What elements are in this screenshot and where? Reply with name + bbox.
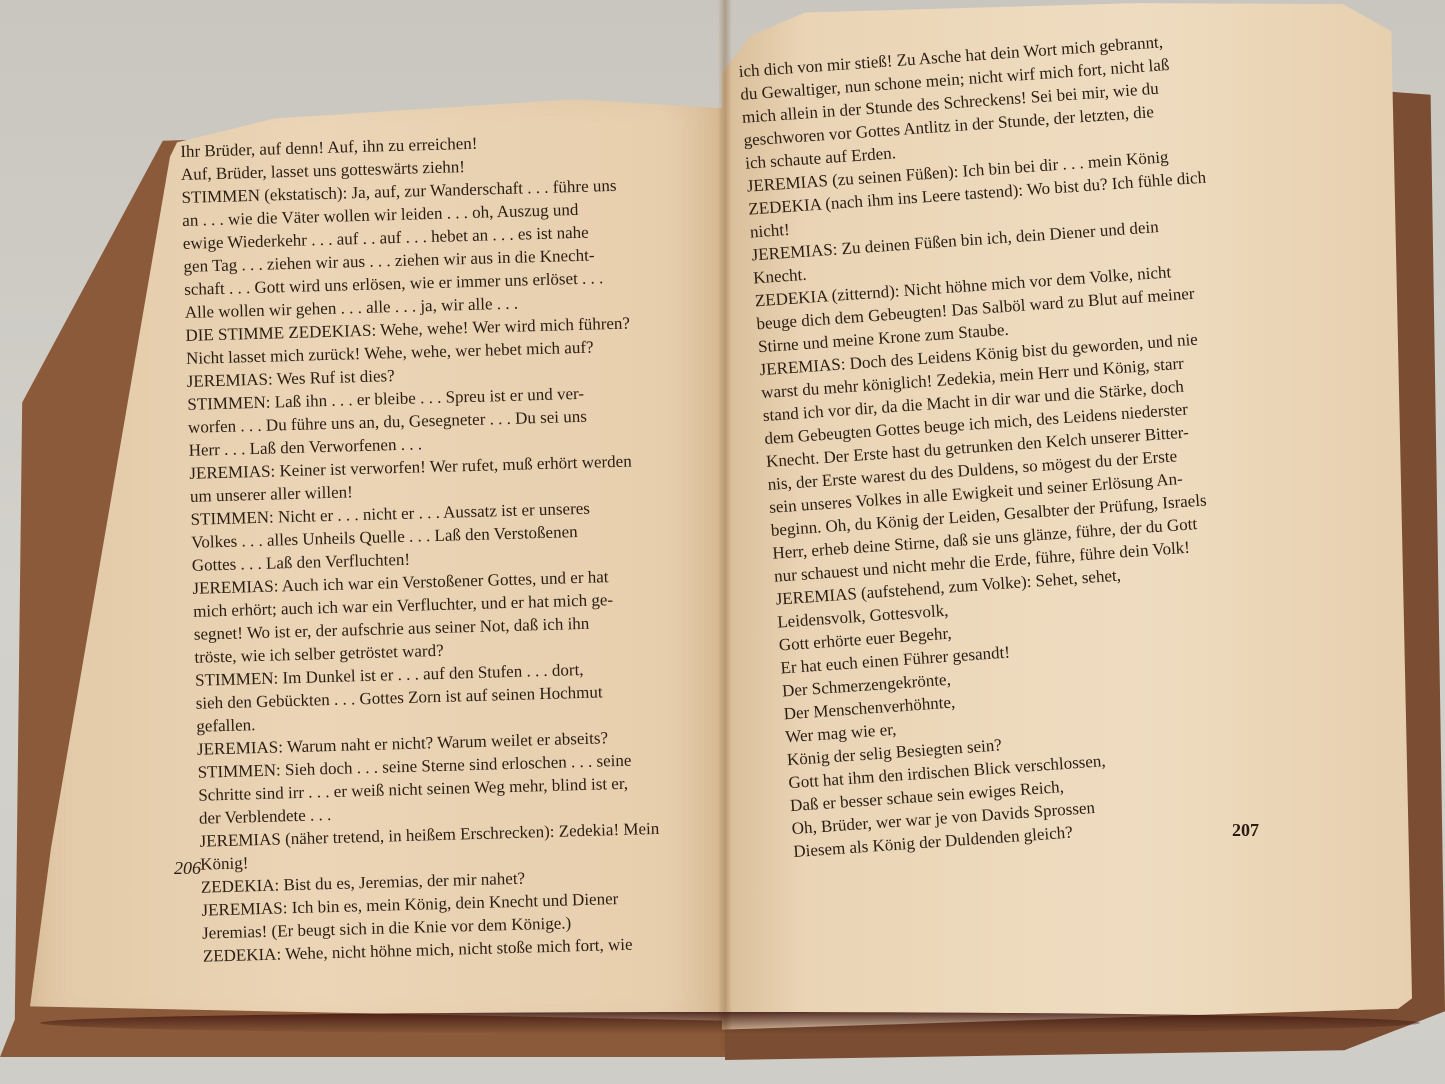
book-gutter xyxy=(718,0,732,1050)
page-number-right: 207 xyxy=(1232,820,1259,841)
left-page-text: Ihr Brüder, auf denn! Auf, ihn zu erreic… xyxy=(180,127,663,968)
page-number-left: 206 xyxy=(174,858,201,879)
right-page-text: ich dich von mir stieß! Zu Asche hat dei… xyxy=(738,28,1252,863)
page-edge-shadow xyxy=(40,1012,1420,1034)
